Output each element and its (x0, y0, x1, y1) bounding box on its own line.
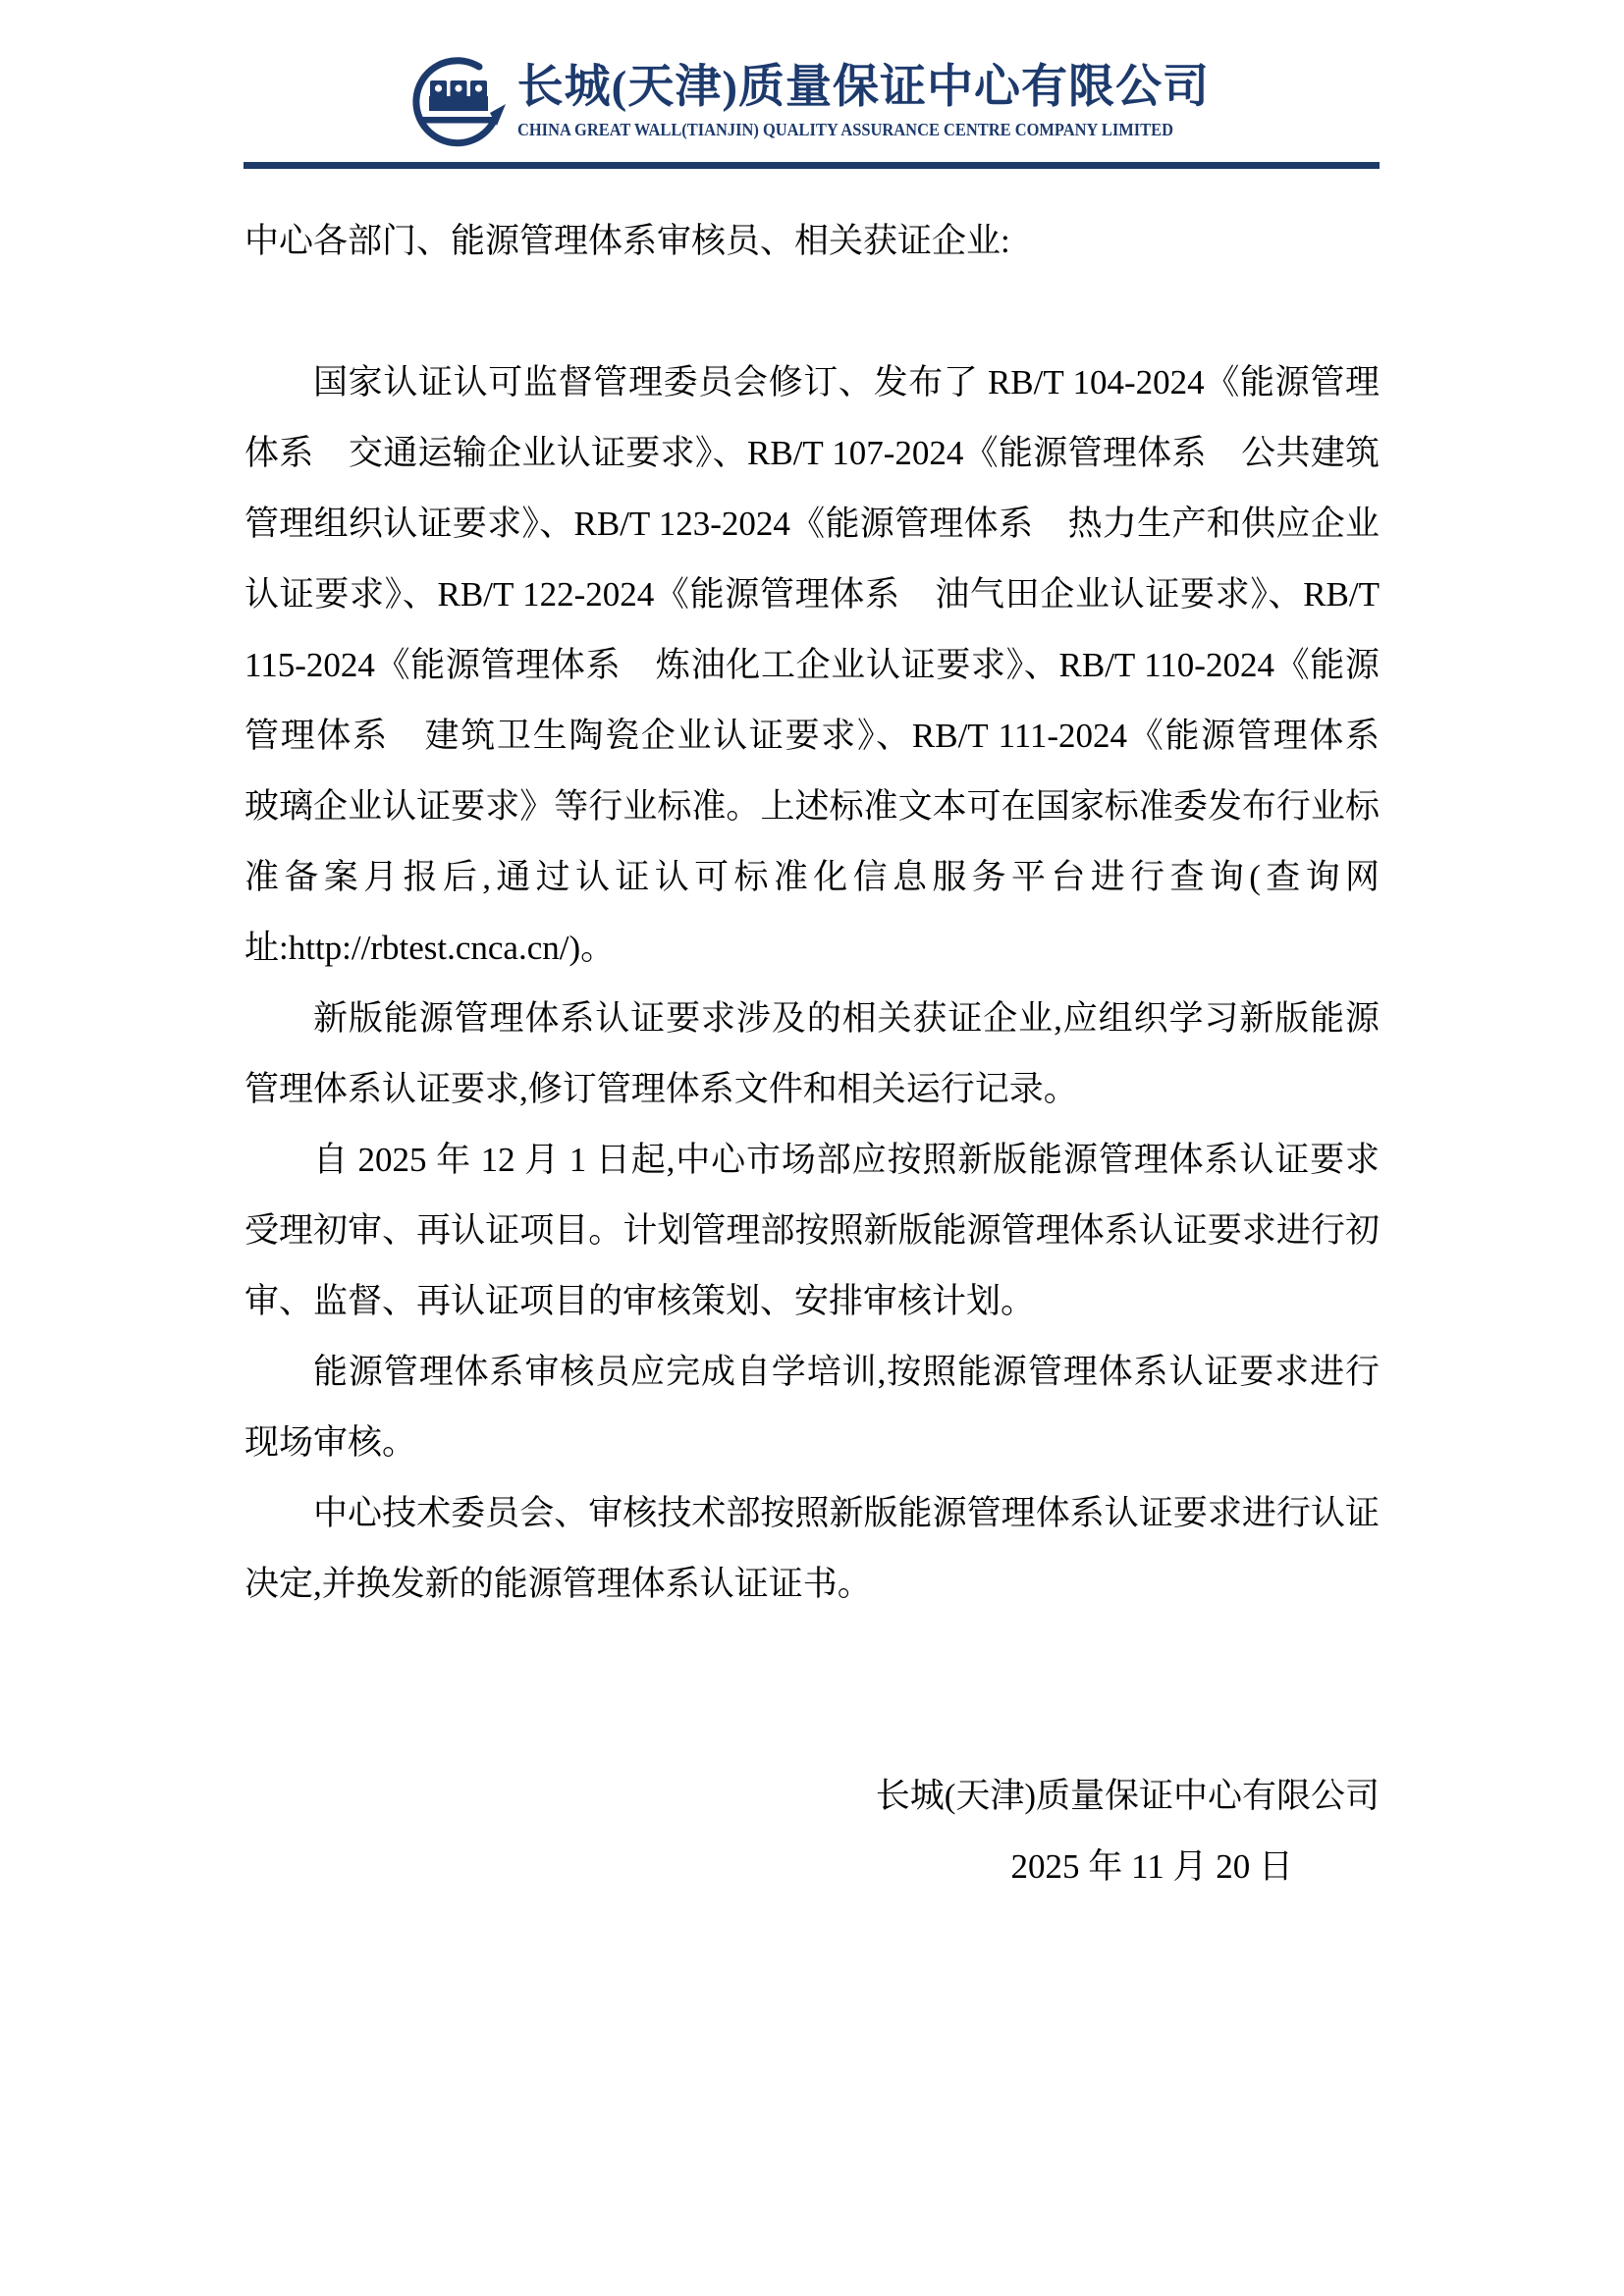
body-paragraph: 中心技术委员会、审核技术部按照新版能源管理体系认证要求进行认证决定,并换发新的能… (244, 1478, 1380, 1620)
company-name-cn: 长城(天津)质量保证中心有限公司 (517, 63, 1210, 113)
signature-date: 2025 年 11 月 20 日 (244, 1832, 1380, 1902)
letterhead-names: 长城(天津)质量保证中心有限公司 CHINA GREAT WALL(TIANJI… (517, 51, 1216, 140)
salutation: 中心各部门、能源管理体系审核员、相关获证企业: (244, 206, 1380, 277)
body-paragraph: 能源管理体系审核员应完成自学培训,按照能源管理体系认证要求进行现场审核。 (244, 1337, 1380, 1478)
signature-company: 长城(天津)质量保证中心有限公司 (244, 1761, 1380, 1832)
body-paragraph: 新版能源管理体系认证要求涉及的相关获证企业,应组织学习新版能源管理体系认证要求,… (244, 984, 1380, 1125)
document-page: 长城(天津)质量保证中心有限公司 CHINA GREAT WALL(TIANJI… (0, 0, 1624, 2296)
letterhead-divider (244, 162, 1380, 169)
body-paragraph: 自 2025 年 12 月 1 日起,中心市场部应按照新版能源管理体系认证要求受… (244, 1125, 1380, 1337)
signature-block: 长城(天津)质量保证中心有限公司 2025 年 11 月 20 日 (244, 1761, 1380, 1902)
company-name-en: CHINA GREAT WALL(TIANJIN) QUALITY ASSURA… (517, 120, 1173, 140)
body-paragraph: 国家认证认可监督管理委员会修订、发布了 RB/T 104-2024《能源管理体系… (244, 347, 1380, 984)
great-wall-logo-icon (409, 51, 508, 155)
document-body: 中心各部门、能源管理体系审核员、相关获证企业: 国家认证认可监督管理委员会修订、… (244, 206, 1380, 1902)
letterhead: 长城(天津)质量保证中心有限公司 CHINA GREAT WALL(TIANJI… (0, 51, 1624, 155)
